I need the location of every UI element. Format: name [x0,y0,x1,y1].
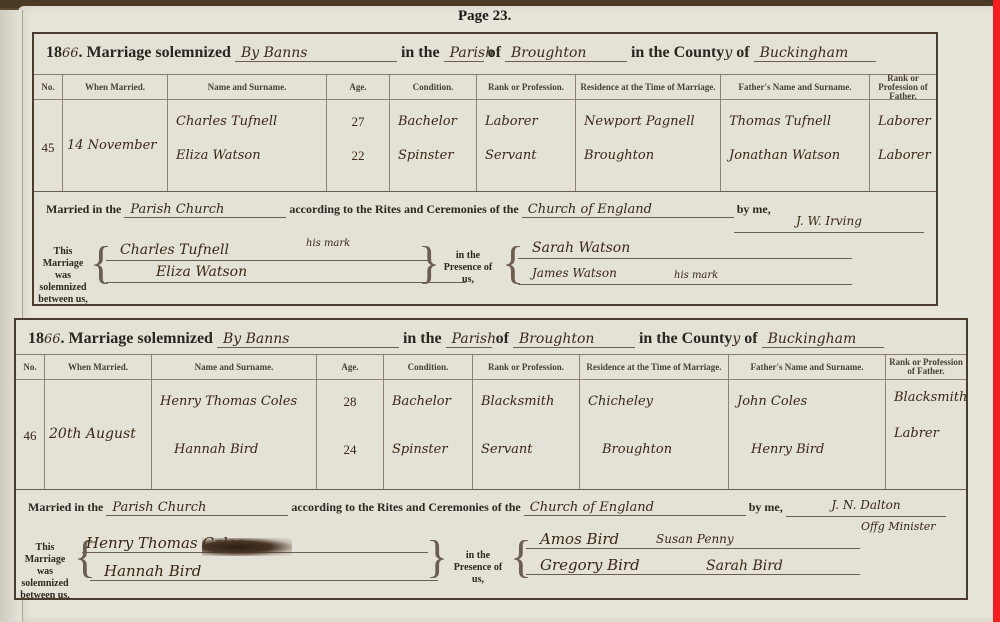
entry-header: 1866. Marriage solemnized By Banns in th… [46,44,876,62]
witness-1: Sarah Watson [518,240,852,259]
bride-residence: Broughton [584,148,654,163]
brace: } [426,534,448,580]
groom-signature: Charles Tufnell [106,242,430,261]
groom-residence: Newport Pagnell [584,114,695,129]
marriage-entry-46: 1866. Marriage solemnized By Banns in th… [14,318,968,600]
groom-name: Henry Thomas Coles [160,394,297,409]
bride-father-rank: Labrer [894,426,939,441]
groom-father-rank: Blacksmith [894,390,967,405]
between-us-label: This Marriage was solemnized between us, [16,542,74,602]
minister-title: Offg Minister [861,520,936,533]
bride-father-rank: Laborer [878,148,931,163]
bride-rank: Servant [485,148,537,163]
bride-residence: Broughton [602,442,672,457]
groom-age: 27 [327,114,389,130]
page-number: Page 23. [458,8,511,25]
bride-age: 22 [327,148,389,164]
married-in-place: Parish Church [124,202,286,218]
groom-condition: Bachelor [392,394,451,409]
entry-number: 45 [34,140,62,156]
groom-rank: Laborer [485,114,538,129]
bride-signature: Hannah Bird [90,562,438,581]
groom-residence: Chicheley [588,394,653,409]
minister-signature: J. N. Dalton [786,498,946,517]
presence-label: in the Presence of us, [448,550,508,586]
witness-mark: his mark [674,270,718,281]
groom-name: Charles Tufnell [176,114,277,129]
groom-father: Thomas Tufnell [729,114,831,129]
brace: } [418,240,440,286]
bride-name: Eliza Watson [176,148,261,163]
ink-smudge [202,538,292,556]
groom-age: 28 [317,394,383,410]
bride-signature: Eliza Watson [106,264,466,283]
witness-4: Sarah Bird [706,558,783,574]
entry-number: 46 [16,428,44,444]
groom-condition: Bachelor [398,114,457,129]
entry-header: 1866. Marriage solemnized By Banns in th… [28,330,884,348]
witness-2: Gregory Bird [526,556,860,575]
bride-father: Henry Bird [751,442,824,457]
marriage-date: 14 November [67,138,156,153]
bride-name: Hannah Bird [174,442,258,457]
bride-rank: Servant [481,442,533,457]
married-in-line: Married in the Parish Church according t… [46,202,771,218]
entry-table: No. 45 When Married. 14 November Name an… [34,74,936,192]
bride-father: Jonathan Watson [729,148,840,163]
entry-table: No. 46 When Married. 20th August Name an… [16,354,966,490]
bride-condition: Spinster [392,442,448,457]
married-in-place: Parish Church [106,500,288,516]
groom-father: John Coles [737,394,807,409]
groom-rank: Blacksmith [481,394,554,409]
marriage-entry-45: 1866. Marriage solemnized By Banns in th… [32,32,938,306]
minister-signature: J. W. Irving [734,214,924,233]
groom-father-rank: Laborer [878,114,931,129]
red-border [993,0,1000,622]
marriage-date: 20th August [49,426,136,442]
presence-label: in the Presence of us, [438,250,498,286]
married-in-line: Married in the Parish Church according t… [28,500,783,516]
witness-3: Susan Penny [656,532,734,546]
between-us-label: This Marriage was solemnized between us, [34,246,92,306]
bride-age: 24 [317,442,383,458]
rites: Church of England [524,500,746,516]
bride-condition: Spinster [398,148,454,163]
mark-note: his mark [306,238,350,249]
rites: Church of England [522,202,734,218]
